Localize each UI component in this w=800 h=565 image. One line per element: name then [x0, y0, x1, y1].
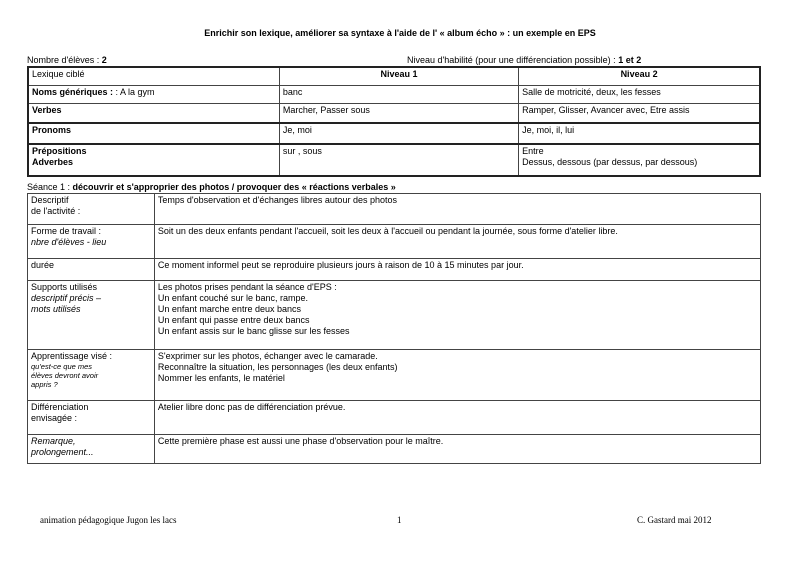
- header-niveau-2: Niveau 2: [519, 67, 760, 86]
- label-small-italic-line: appris ?: [31, 380, 151, 389]
- label-small-italic-line: élèves devront avoir: [31, 371, 151, 380]
- table-row: Apprentissage visé : qu'est-ce que mes é…: [28, 350, 761, 401]
- content-line: Soit un des deux enfants pendant l'accue…: [158, 226, 757, 237]
- footer-left: animation pédagogique Jugon les lacs: [40, 515, 176, 525]
- content-line: Nommer les enfants, le matériel: [158, 373, 757, 384]
- content-line: Un enfant couché sur le banc, rampe.: [158, 293, 757, 304]
- header-niveau-1: Niveau 1: [279, 67, 518, 86]
- niveau-1-cell: sur , sous: [279, 144, 518, 176]
- row-content: Ce moment informel peut se reproduire pl…: [154, 259, 760, 281]
- student-count: Nombre d'élèves : 2: [27, 55, 107, 65]
- lexique-table: Lexique ciblé Niveau 1 Niveau 2 Noms gén…: [27, 66, 761, 177]
- row-content: Soit un des deux enfants pendant l'accue…: [154, 225, 760, 259]
- header-lexique: Lexique ciblé: [28, 67, 279, 86]
- document-title: Enrichir son lexique, améliorer sa synta…: [0, 28, 800, 38]
- label-italic-line: mots utilisés: [31, 304, 151, 315]
- label-line: Forme de travail :: [31, 226, 151, 237]
- row-content: Atelier libre donc pas de différenciatio…: [154, 401, 760, 435]
- content-line: Ce moment informel peut se reproduire pl…: [158, 260, 757, 271]
- content-line: Cette première phase est aussi une phase…: [158, 436, 757, 447]
- cell-line: Dessus, dessous (par dessus, par dessous…: [522, 157, 756, 168]
- row-label: Remarque, prolongement...: [28, 435, 155, 464]
- label-line: Descriptif: [31, 195, 151, 206]
- niveau-2-cell: Ramper, Glisser, Avancer avec, Etre assi…: [519, 104, 760, 124]
- niveau-1-cell: Marcher, Passer sous: [279, 104, 518, 124]
- page-number: 1: [397, 515, 402, 525]
- row-label-bold: Verbes: [32, 105, 62, 115]
- row-label: Forme de travail : nbre d'élèves - lieu: [28, 225, 155, 259]
- student-count-label: Nombre d'élèves :: [27, 55, 102, 65]
- footer-right: C. Gastard mai 2012: [637, 515, 712, 525]
- niveau-1-cell: banc: [279, 86, 518, 104]
- content-line: Reconnaître la situation, les personnage…: [158, 362, 757, 373]
- row-label: Apprentissage visé : qu'est-ce que mes é…: [28, 350, 155, 401]
- niveau-2-cell: Je, moi, il, lui: [519, 123, 760, 144]
- row-label-bold: Noms génériques :: [32, 87, 116, 97]
- content-line: S'exprimer sur les photos, échanger avec…: [158, 351, 757, 362]
- row-label: Pronoms: [28, 123, 279, 144]
- content-line: Un enfant qui passe entre deux bancs: [158, 315, 757, 326]
- table-header-row: Lexique ciblé Niveau 1 Niveau 2: [28, 67, 760, 86]
- niveau-1-cell: Je, moi: [279, 123, 518, 144]
- row-content: S'exprimer sur les photos, échanger avec…: [154, 350, 760, 401]
- cell-line: Entre: [522, 146, 756, 157]
- seance-table: Descriptif de l'activité : Temps d'obser…: [27, 193, 761, 464]
- row-label: Noms génériques : : A la gym: [28, 86, 279, 104]
- label-line: Apprentissage visé :: [31, 351, 151, 362]
- seance-title: découvrir et s'approprier des photos / p…: [73, 182, 396, 192]
- student-count-value: 2: [102, 55, 107, 65]
- row-label: Supports utilisés descriptif précis – mo…: [28, 281, 155, 350]
- label-italic-line: prolongement...: [31, 447, 151, 458]
- row-label-bold: Pronoms: [32, 125, 71, 135]
- content-line: Les photos prises pendant la séance d'EP…: [158, 282, 757, 293]
- content-line: Atelier libre donc pas de différenciatio…: [158, 402, 757, 413]
- seance-prefix: Séance 1 :: [27, 182, 73, 192]
- niveau-2-cell: Salle de motricité, deux, les fesses: [519, 86, 760, 104]
- label-italic-line: descriptif précis –: [31, 293, 151, 304]
- label-line: de l'activité :: [31, 206, 151, 217]
- table-row: Noms génériques : : A la gym banc Salle …: [28, 86, 760, 104]
- seance-heading: Séance 1 : découvrir et s'approprier des…: [27, 182, 396, 192]
- niveau-2-cell: Entre Dessus, dessous (par dessus, par d…: [519, 144, 760, 176]
- content-line: Un enfant assis sur le banc glisse sur l…: [158, 326, 757, 337]
- table-row: Forme de travail : nbre d'élèves - lieu …: [28, 225, 761, 259]
- skill-level-value: 1 et 2: [618, 55, 641, 65]
- label-line: Supports utilisés: [31, 282, 151, 293]
- table-row: Pronoms Je, moi Je, moi, il, lui: [28, 123, 760, 144]
- label-line: durée: [31, 260, 151, 271]
- content-line: Un enfant marche entre deux bancs: [158, 304, 757, 315]
- row-label: Prépositions Adverbes: [28, 144, 279, 176]
- row-label-line: Adverbes: [32, 157, 276, 168]
- row-content: Les photos prises pendant la séance d'EP…: [154, 281, 760, 350]
- skill-level: Niveau d'habilité (pour une différenciat…: [407, 55, 641, 65]
- label-italic-line: nbre d'élèves - lieu: [31, 237, 151, 248]
- row-content: Temps d'observation et d'échanges libres…: [154, 194, 760, 225]
- table-row: durée Ce moment informel peut se reprodu…: [28, 259, 761, 281]
- table-row: Différenciation envisagée : Atelier libr…: [28, 401, 761, 435]
- table-row: Supports utilisés descriptif précis – mo…: [28, 281, 761, 350]
- table-row: Descriptif de l'activité : Temps d'obser…: [28, 194, 761, 225]
- row-label-line: Prépositions: [32, 146, 276, 157]
- row-label: Différenciation envisagée :: [28, 401, 155, 435]
- label-line: envisagée :: [31, 413, 151, 424]
- table-row: Prépositions Adverbes sur , sous Entre D…: [28, 144, 760, 176]
- skill-level-label: Niveau d'habilité (pour une différenciat…: [407, 55, 618, 65]
- table-row: Verbes Marcher, Passer sous Ramper, Glis…: [28, 104, 760, 124]
- row-label: durée: [28, 259, 155, 281]
- label-italic-line: Remarque,: [31, 436, 151, 447]
- content-line: Temps d'observation et d'échanges libres…: [158, 195, 757, 206]
- row-label-rest: : A la gym: [116, 87, 155, 97]
- row-content: Cette première phase est aussi une phase…: [154, 435, 760, 464]
- row-label: Descriptif de l'activité :: [28, 194, 155, 225]
- label-line: Différenciation: [31, 402, 151, 413]
- table-row: Remarque, prolongement... Cette première…: [28, 435, 761, 464]
- row-label: Verbes: [28, 104, 279, 124]
- label-small-italic-line: qu'est-ce que mes: [31, 362, 151, 371]
